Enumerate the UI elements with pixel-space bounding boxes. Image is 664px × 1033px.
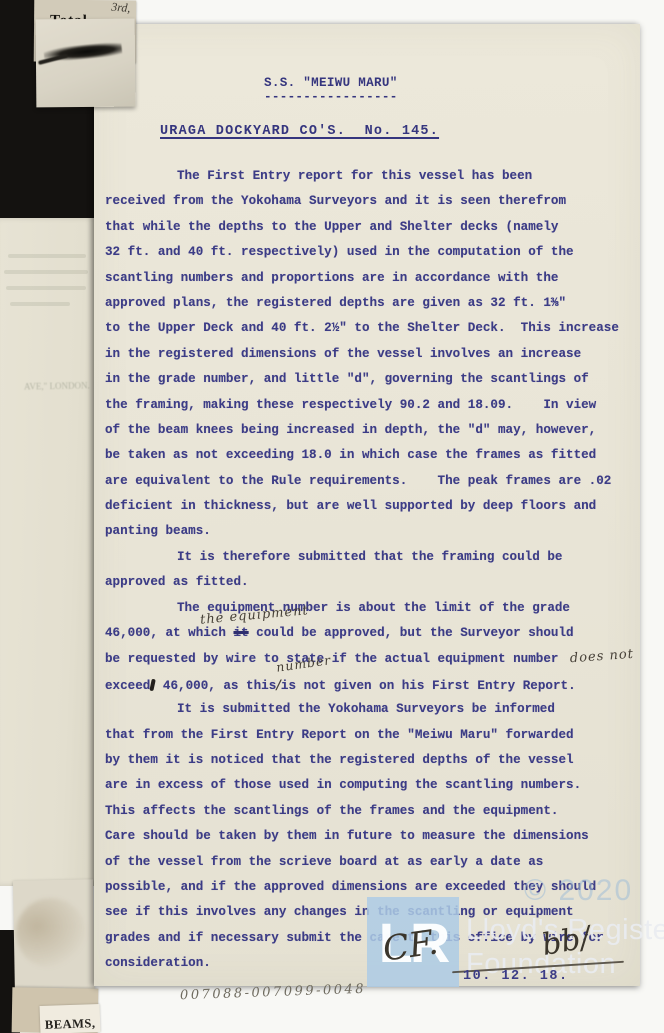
typed-line: in the grade number, and little "d", gov… [105,367,634,392]
typed-line: The equipment number is about the limit … [105,596,634,621]
typed-line: to the Upper Deck and 40 ft. 2½" to the … [105,316,634,341]
typed-text: be requested by wire to state if the act… [105,652,566,666]
typed-line: It is therefore submitted that the frami… [105,545,634,570]
typed-line: 32 ft. and 40 ft. respectively) used in … [105,240,634,265]
typed-line: Care should be taken by them in future t… [105,824,634,849]
typed-line: of the beam knees being increased in dep… [105,418,634,443]
typed-line-with-annotation: be requested by wire to state if the act… [105,646,634,671]
typed-line: that from the First Entry Report on the … [105,723,634,748]
ghost-print-text: AVE," LONDON. [24,380,90,391]
title-underline: ----------------- [264,90,398,104]
dockyard-heading: URAGA DOCKYARD CO'S. No. 145. [160,124,439,139]
typed-line: received from the Yokohama Surveyors and… [105,189,634,214]
handwritten-does-not: does not [569,642,635,672]
typed-line-with-strikeout: 46,000, at which it could be approved, b… [105,621,634,646]
typed-line-with-caret: exceed 46,000, as this/is not given on h… [105,672,634,697]
document-page: S.S. "MEIWU MARU" ----------------- URAG… [94,24,640,986]
typed-line: The First Entry report for this vessel h… [105,164,634,189]
typed-line: by them it is noticed that the registere… [105,748,634,773]
typed-text: exceed [105,679,150,693]
beams-label-fragment: BEAMS, [40,1004,101,1033]
typed-line: panting beams. [105,519,634,544]
typed-line: This affects the scantlings of the frame… [105,799,634,824]
typed-line: approved plans, the registered depths ar… [105,291,634,316]
typed-line: are in excess of those used in computing… [105,773,634,798]
typed-line: the framing, making these respectively 9… [105,393,634,418]
typed-line: It is submitted the Yokohama Surveyors b… [105,697,634,722]
typed-line: in the registered dimensions of the vess… [105,342,634,367]
document-body: The First Entry report for this vessel h… [105,164,634,977]
handwritten-initials-left: CF. [380,922,440,969]
typed-line: deficient in thickness, but are well sup… [105,494,634,519]
paper-stain [15,897,86,968]
ghost-print-line [10,302,70,306]
typed-line: that while the depths to the Upper and S… [105,215,634,240]
vessel-title: S.S. "MEIWU MARU" [264,76,398,90]
watermark-copyright: © 2020 [524,874,633,908]
typed-text: could be approved, but the Surveyor shou… [249,626,574,640]
typed-line: are equivalent to the Rule requirements.… [105,469,634,494]
ghost-print-line [6,286,86,290]
typed-line: approved as fitted. [105,570,634,595]
fragment-text-3rd: 3rd, [110,0,130,16]
struck-word: it [233,626,248,640]
ghost-print-line [4,270,88,274]
smudged-paper-fragment [36,19,136,108]
typed-line: scantling numbers and proportions are in… [105,266,634,291]
typed-text: 46,000, as this [155,679,276,693]
paper-fragment-stained [13,879,95,998]
underlying-page: AVE," LONDON. [0,218,97,886]
ghost-print-line [8,254,86,258]
document-date: 10. 12. 18. [463,969,569,984]
typed-line: of the vessel from the scrieve board at … [105,850,634,875]
typed-line: be taken as not exceeding 18.0 in which … [105,443,634,468]
typed-text: is not given on his First Entry Report. [281,679,576,693]
typed-text: 46,000, at which [105,626,233,640]
